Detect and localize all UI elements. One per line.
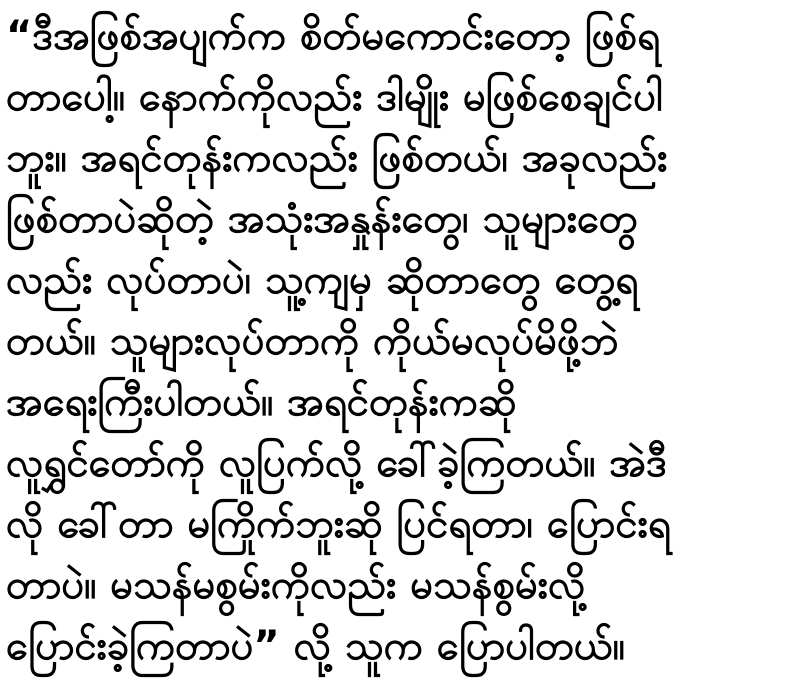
quote-line-8: လူရွှင်တော်ကို လူပြက်လို့ ခေါ်ခဲ့ကြတယ်။ …: [6, 433, 796, 494]
quote-block: “ဒီအဖြစ်အပျက်က စိတ်မကောင်းတော့ ဖြစ်ရ တာပ…: [6, 6, 796, 677]
quote-line-7: အရေးကြီးပါတယ်။ အရင်တုန်းကဆို: [6, 372, 796, 433]
quote-line-4: ဖြစ်တာပဲဆိုတဲ့ အသုံးအနှုန်းတွေ၊ သူများတွ…: [6, 189, 796, 250]
quote-line-6: တယ်။ သူများလုပ်တာကို ကိုယ်မလုပ်မိဖို့ဘဲ: [6, 311, 796, 372]
quote-line-1: “ဒီအဖြစ်အပျက်က စိတ်မကောင်းတော့ ဖြစ်ရ: [6, 6, 796, 67]
quote-line-5: လည်း လုပ်တာပဲ၊ သူ့ကျမှ ဆိုတာတွေ တွေ့ရ: [6, 250, 796, 311]
quote-line-2: တာပေါ့။ နောက်ကိုလည်း ဒါမျိုး မဖြစ်စေချင်…: [6, 67, 796, 128]
page: “ဒီအဖြစ်အပျက်က စိတ်မကောင်းတော့ ဖြစ်ရ တာပ…: [0, 0, 800, 695]
quote-line-10: တာပဲ။ မသန်မစွမ်းကိုလည်း မသန်စွမ်းလို့: [6, 555, 796, 616]
quote-line-9: လို ခေါ်တာ မကြိုက်ဘူးဆို ပြင်ရတာ၊ ပြောင်…: [6, 494, 796, 555]
quote-line-11: ပြောင်းခဲ့ကြတာပဲ” လို့ သူက ပြောပါတယ်။: [6, 616, 796, 677]
quote-line-3: ဘူး။ အရင်တုန်းကလည်း ဖြစ်တယ်၊ အခုလည်း: [6, 128, 796, 189]
